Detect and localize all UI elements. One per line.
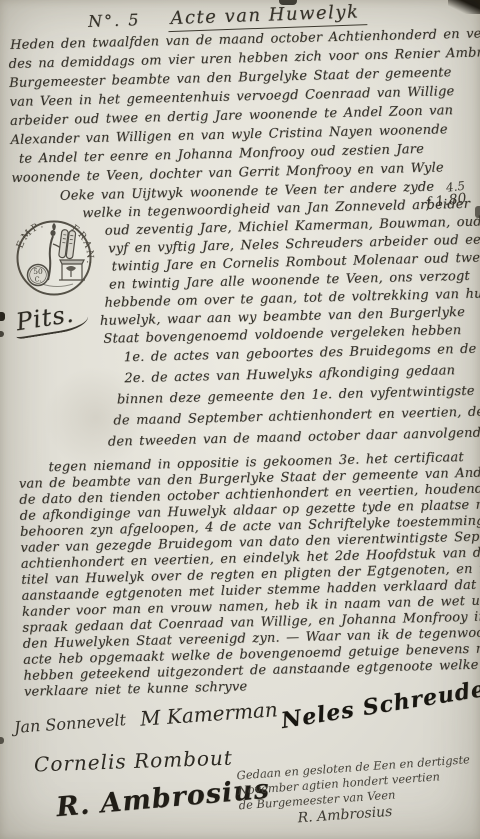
signature-rombout: Cornelis Rombout <box>34 746 234 777</box>
revenue-stamp: EMP: FRAN: 50 C. <box>13 217 95 299</box>
document-body-lines: Heden den twaalfden van de maand october… <box>8 27 480 701</box>
document-header: N°. 5Acte van Huwelyk <box>88 1 368 32</box>
edge-smudge-left-1 <box>0 312 5 321</box>
act-number: N°. 5 <box>88 10 141 31</box>
stamp-value-unit: C. <box>35 276 42 284</box>
edge-smudge-top-right-corner <box>448 0 480 14</box>
closing-note: Gedaan en gesloten de Een en dertigsteNo… <box>236 752 480 831</box>
act-title: Acte van Huwelyk <box>168 1 368 32</box>
edge-smudge-bottom-left <box>0 737 4 744</box>
scanned-marriage-act-page: N°. 5Acte van Huwelyk 4.5 f 1.80 Heden d… <box>0 0 480 839</box>
edge-smudge-left-2 <box>0 331 4 337</box>
signature-kamerman: M Kamerman <box>139 697 278 731</box>
signature-zonneveld: Jan Sonnevelt <box>13 710 126 737</box>
stamp-denomination-medallion: 50 C. <box>28 265 49 286</box>
